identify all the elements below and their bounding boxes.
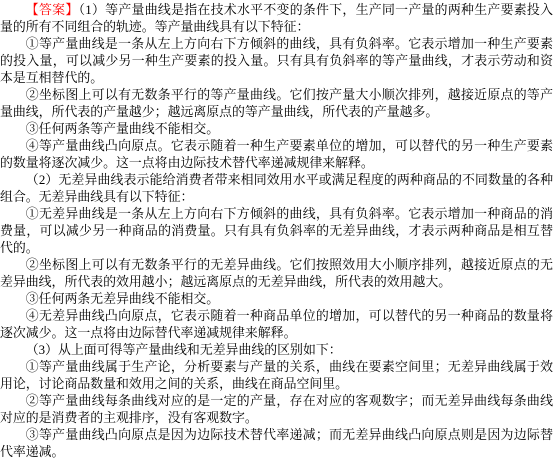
answer-intro-paragraph: 【答案】（1）等产量曲线是指在技术水平不变的条件下，生产同一产量的两种生产要素投…	[0, 2, 553, 36]
paragraph: （3）从上面可得等产量曲线和无差异曲线的区别如下：	[0, 342, 553, 359]
answer-paragraph-list: ①等产量曲线是一条从左上方向右下方倾斜的曲线，具有负斜率。它表示增加一种生产要素…	[0, 36, 553, 461]
paragraph: ③等产量曲线凸向原点是因为边际技术替代率递减；而无差异曲线凸向原点则是因为边际替…	[0, 427, 553, 461]
paragraph: ③任何两条等产量曲线不能相交。	[0, 121, 553, 138]
paragraph: ③任何两条无差异曲线不能相交。	[0, 291, 553, 308]
paragraph: ④无差异曲线凸向原点，它表示随着一种商品单位的增加，可以替代的另一种商品的数量将…	[0, 308, 553, 342]
answer-intro-text: （1）等产量曲线是指在技术水平不变的条件下，生产同一产量的两种生产要素投入量的所…	[0, 3, 553, 34]
answer-document: 【答案】（1）等产量曲线是指在技术水平不变的条件下，生产同一产量的两种生产要素投…	[0, 0, 553, 461]
paragraph: ①无差异曲线是一条从左上方向右下方倾斜的曲线，具有负斜率。它表示增加一种商品的消…	[0, 206, 553, 257]
paragraph: ②坐标图上可以有无数条平行的等产量曲线。它们按产量大小顺次排列，越接近原点的等产…	[0, 87, 553, 121]
paragraph: ①等产量曲线属于生产论，分析要素与产量的关系，曲线在要素空间里；无差异曲线属于效…	[0, 359, 553, 393]
paragraph: ④等产量曲线凸向原点。它表示随着一种生产要素单位的增加，可以替代的另一种生产要素…	[0, 138, 553, 172]
answer-label: 【答案】	[26, 3, 79, 17]
paragraph: ②坐标图上可以有无数条平行的无差异曲线。它们按照效用大小顺序排列，越接近原点的无…	[0, 257, 553, 291]
paragraph: ①等产量曲线是一条从左上方向右下方倾斜的曲线，具有负斜率。它表示增加一种生产要素…	[0, 36, 553, 87]
paragraph: （2）无差异曲线表示能给消费者带来相同效用水平或满足程度的两种商品的不同数量的各…	[0, 172, 553, 206]
paragraph: ②等产量曲线每条曲线对应的是一定的产量，存在对应的客观数字；而无差异曲线每条曲线…	[0, 393, 553, 427]
